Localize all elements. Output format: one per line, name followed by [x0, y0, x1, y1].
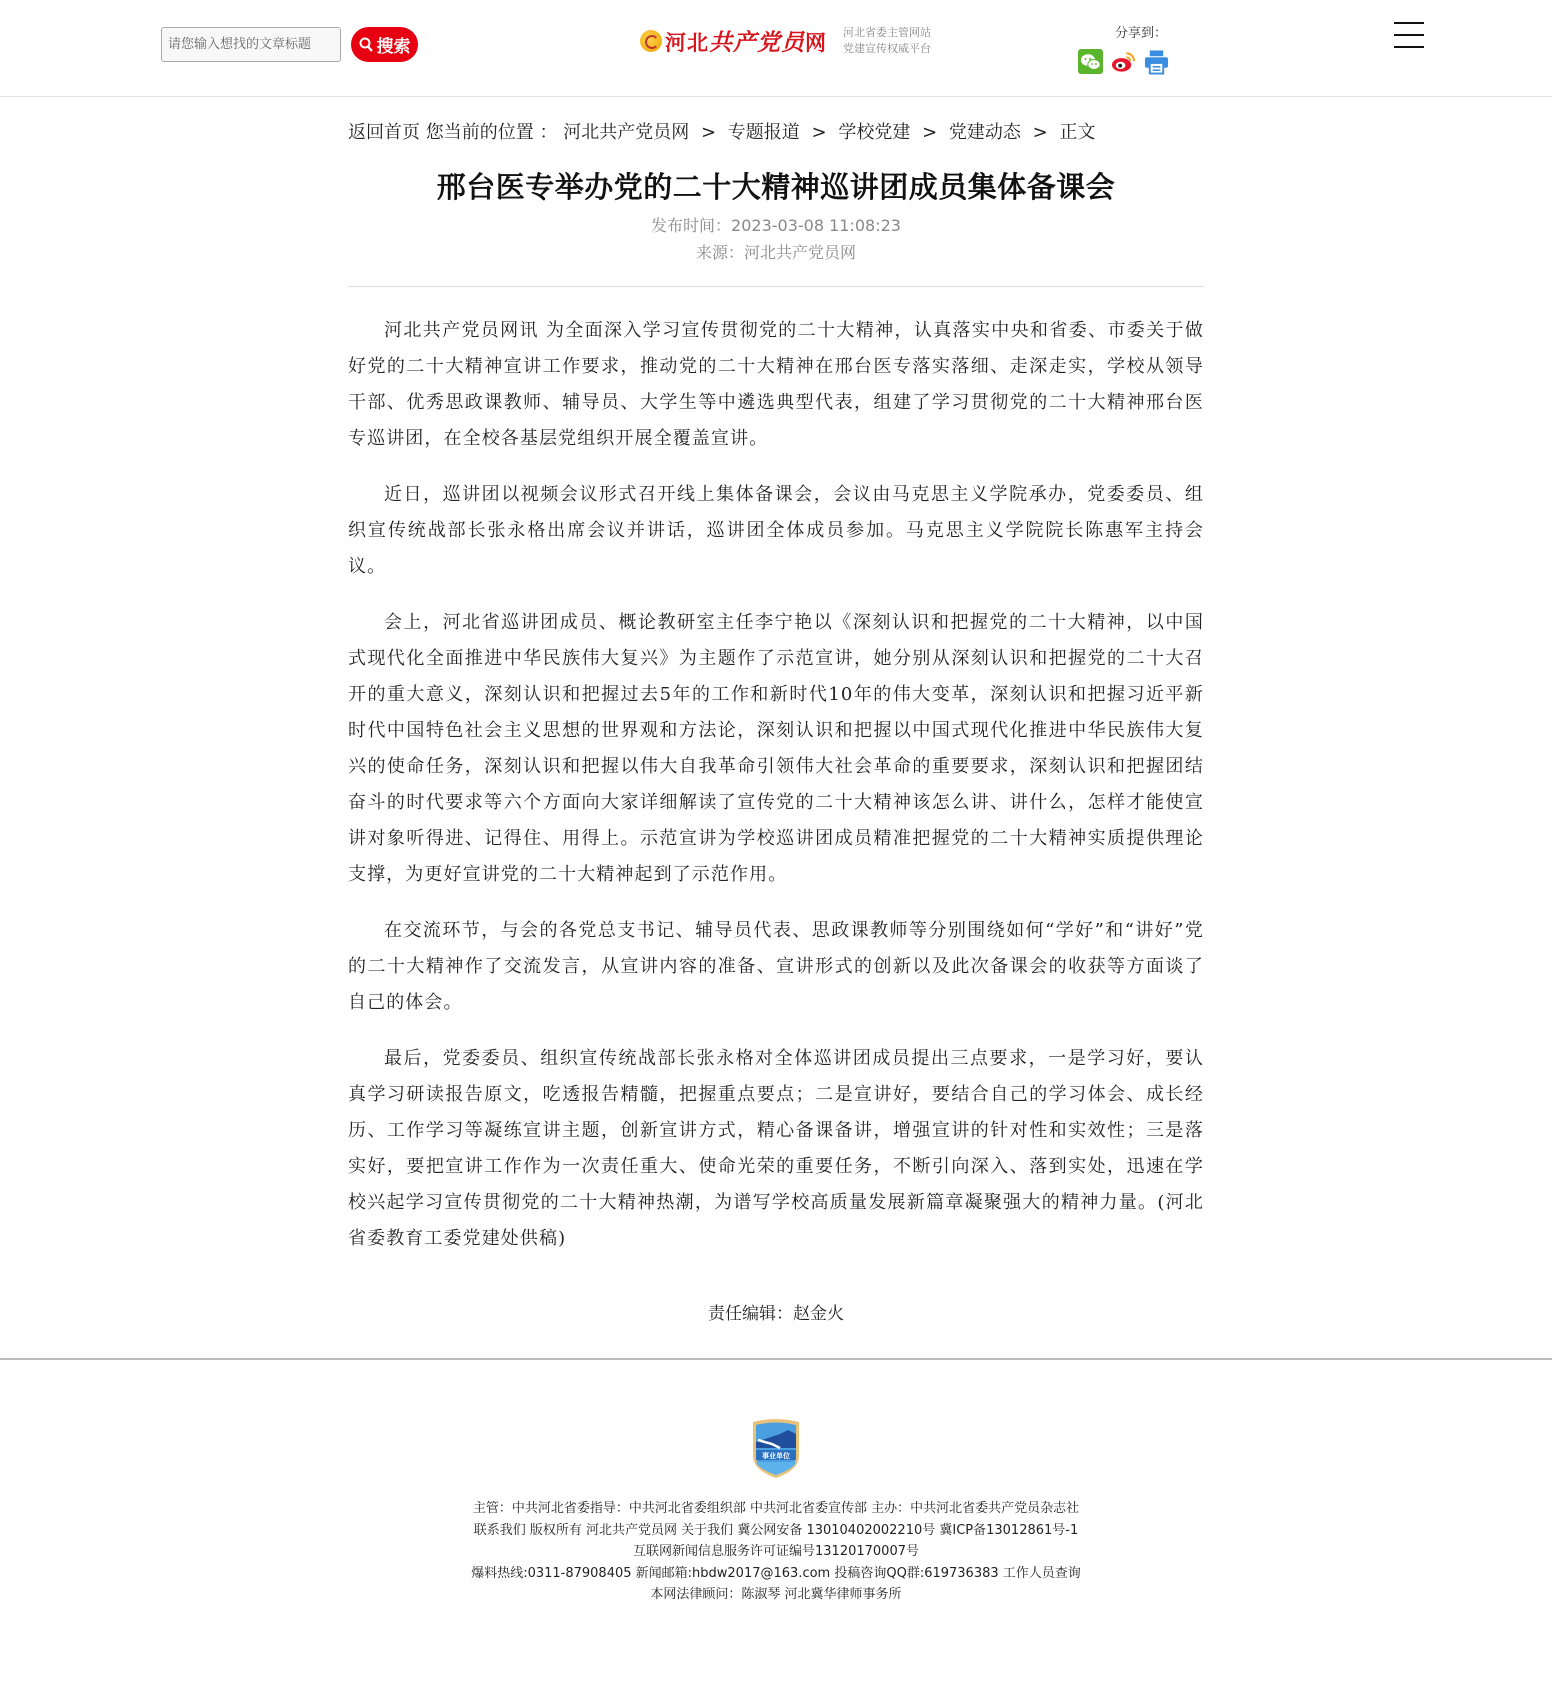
- footer-license-line: 互联网新闻信息服务许可证编号13120170007号: [0, 1541, 1552, 1563]
- logo-text-pre: 河北: [665, 30, 709, 55]
- menu-bar: [1394, 22, 1424, 24]
- svg-text:事业单位: 事业单位: [762, 1451, 790, 1460]
- wechat-icon[interactable]: [1078, 49, 1103, 74]
- breadcrumb-separator: >: [812, 122, 827, 143]
- breadcrumb-location-label: 您当前的位置 ：: [426, 122, 558, 143]
- footer-links-line: 联系我们 版权所有 河北共产党员网 关于我们 冀公网安备 13010402002…: [0, 1520, 1552, 1542]
- article-paragraph: 在交流环节，与会的各党总支书记、辅导员代表、思政课教师等分别围绕如何“学好”和“…: [348, 913, 1204, 1021]
- print-icon[interactable]: [1144, 49, 1169, 74]
- breadcrumb: 返回首页 您当前的位置 ： 河北共产党员网 > 专题报道 > 学校党建 > 党建…: [348, 121, 1204, 145]
- search-button-label: 搜索: [377, 32, 411, 57]
- hamburger-menu-icon[interactable]: [1394, 22, 1424, 48]
- share-panel: 分享到：: [1078, 22, 1169, 74]
- logo-tagline: 河北省委主管网站 党建宣传权威平台: [843, 25, 931, 57]
- breadcrumb-home-link[interactable]: 返回首页: [348, 122, 420, 143]
- breadcrumb-separator: >: [922, 122, 937, 143]
- breadcrumb-item-school-party-building[interactable]: 学校党建: [838, 122, 910, 143]
- logo-text: 河北共产党员网: [665, 24, 827, 57]
- article-container: 返回首页 您当前的位置 ： 河北共产党员网 > 专题报道 > 学校党建 > 党建…: [348, 121, 1204, 1324]
- icp-record-link[interactable]: 冀公网安备 13010402002210号 冀ICP备13012861号-1: [737, 1523, 1078, 1538]
- weibo-icon[interactable]: [1111, 49, 1136, 74]
- article-body: 河北共产党员网讯 为全面深入学习宣传贯彻党的二十大精神，认真落实中央和省委、市委…: [348, 313, 1204, 1257]
- party-emblem-icon: [640, 30, 662, 52]
- share-label: 分享到：: [1115, 22, 1169, 41]
- breadcrumb-item-party-news[interactable]: 党建动态: [949, 122, 1021, 143]
- staff-query-link[interactable]: 工作人员查询: [1003, 1566, 1081, 1581]
- article-source: 来源：河北共产党员网: [348, 239, 1204, 266]
- hotline-text: 爆料热线:0311-87908405: [471, 1566, 631, 1581]
- footer-info: 主管：中共河北省委指导：中共河北省委组织部 中共河北省委宣传部 主办：中共河北省…: [0, 1498, 1552, 1606]
- footer-legal-line: 本网法律顾问：陈淑琴 河北冀华律师事务所: [0, 1584, 1552, 1606]
- article-paragraph: 河北共产党员网讯 为全面深入学习宣传贯彻党的二十大精神，认真落实中央和省委、市委…: [348, 313, 1204, 457]
- site-logo[interactable]: 河北共产党员网 河北省委主管网站 党建宣传权威平台: [640, 24, 931, 57]
- publish-time: 发布时间：2023-03-08 11:08:23: [348, 212, 1204, 239]
- qq-group-text: 投稿咨询QQ群:619736383: [834, 1566, 998, 1581]
- search-input[interactable]: [161, 27, 341, 62]
- menu-bar: [1394, 46, 1424, 48]
- about-us-link[interactable]: 关于我们: [681, 1523, 733, 1538]
- article-paragraph: 最后，党委委员、组织宣传统战部长张永格对全体巡讲团成员提出三点要求，一是学习好，…: [348, 1041, 1204, 1257]
- article-title: 邢台医专举办党的二十大精神巡讲团成员集体备课会: [348, 165, 1204, 206]
- article-meta: 发布时间：2023-03-08 11:08:23 来源：河北共产党员网: [348, 212, 1204, 266]
- contact-us-link[interactable]: 联系我们: [474, 1523, 526, 1538]
- email-text: 新闻邮箱:hbdw2017@163.com: [636, 1566, 831, 1581]
- logo-tagline-line2: 党建宣传权威平台: [843, 41, 931, 57]
- breadcrumb-item-special-reports[interactable]: 专题报道: [728, 122, 800, 143]
- search-bar: 搜索: [161, 27, 418, 62]
- footer-contact-line: 爆料热线:0311-87908405 新闻邮箱:hbdw2017@163.com…: [0, 1563, 1552, 1585]
- menu-bar: [1394, 34, 1424, 36]
- logo-text-script: 共产党员: [709, 29, 805, 56]
- breadcrumb-separator: >: [701, 122, 716, 143]
- search-icon: [359, 37, 374, 53]
- title-divider: [348, 286, 1204, 287]
- logo-text-post: 网: [805, 30, 827, 55]
- logo-tagline-line1: 河北省委主管网站: [843, 25, 931, 41]
- site-footer: 事业单位 主管：中共河北省委指导：中共河北省委组织部 中共河北省委宣传部 主办：…: [0, 1358, 1552, 1606]
- breadcrumb-item-current: 正文: [1059, 122, 1095, 143]
- responsible-editor: 责任编辑：赵金火: [348, 1299, 1204, 1324]
- search-button[interactable]: 搜索: [351, 27, 418, 62]
- article-paragraph: 近日，巡讲团以视频会议形式召开线上集体备课会，会议由马克思主义学院承办，党委委员…: [348, 477, 1204, 585]
- copyright-text: 版权所有 河北共产党员网: [530, 1523, 677, 1538]
- breadcrumb-separator: >: [1033, 122, 1048, 143]
- footer-sponsor-line: 主管：中共河北省委指导：中共河北省委组织部 中共河北省委宣传部 主办：中共河北省…: [0, 1498, 1552, 1520]
- breadcrumb-item-site[interactable]: 河北共产党员网: [563, 122, 689, 143]
- article-paragraph: 会上，河北省巡讲团成员、概论教研室主任李宁艳以《深刻认识和把握党的二十大精神，以…: [348, 605, 1204, 893]
- site-header: 搜索 河北共产党员网 河北省委主管网站 党建宣传权威平台 分享到：: [0, 0, 1552, 97]
- public-institution-badge-icon[interactable]: 事业单位: [750, 1418, 802, 1480]
